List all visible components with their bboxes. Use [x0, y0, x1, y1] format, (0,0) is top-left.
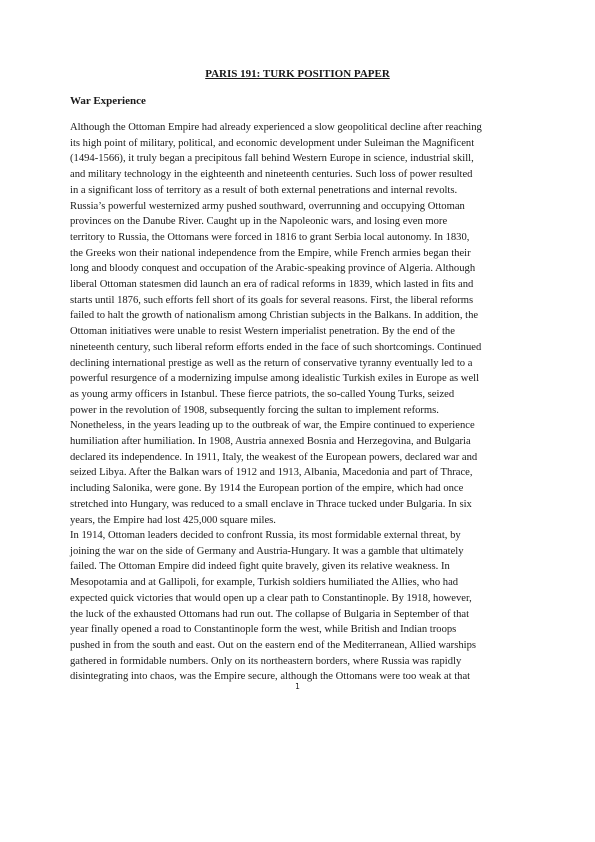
section-heading: War Experience	[70, 94, 146, 108]
paragraph-line: Russia’s powerful westernized army pushe…	[70, 199, 540, 215]
paragraph-line: gathered in formidable numbers. Only on …	[70, 654, 540, 670]
paragraph-line: nineteenth century, such liberal reform …	[70, 340, 540, 356]
paragraph-line: failed to halt the growth of nationalism…	[70, 308, 540, 324]
paragraph-line: as young army officers in Istanbul. Thes…	[70, 387, 540, 403]
paragraph-line: failed. The Ottoman Empire did indeed fi…	[70, 559, 540, 575]
paragraph-line: long and bloody conquest and occupation …	[70, 261, 540, 277]
paragraph-line: including Salonika, were gone. By 1914 t…	[70, 481, 540, 497]
paragraph-line: powerful resurgence of a modernizing imp…	[70, 371, 540, 387]
paragraph-line: starts until 1876, such efforts fell sho…	[70, 293, 540, 309]
paragraph-line: year finally opened a road to Constantin…	[70, 622, 540, 638]
paragraph-line: liberal Ottoman statesmen did launch an …	[70, 277, 540, 293]
paragraph-line: and military technology in the eighteent…	[70, 167, 540, 183]
paragraph-line: In 1914, Ottoman leaders decided to conf…	[70, 528, 540, 544]
paragraph-1: Although the Ottoman Empire had already …	[70, 120, 540, 528]
paragraph-line: Mesopotamia and at Gallipoli, for exampl…	[70, 575, 540, 591]
page-number: 1	[0, 682, 595, 692]
paragraph-line: Nonetheless, in the years leading up to …	[70, 418, 540, 434]
paragraph-line: joining the war on the side of Germany a…	[70, 544, 540, 560]
paragraph-line: expected quick victories that would open…	[70, 591, 540, 607]
paragraph-line: declining international prestige as well…	[70, 356, 540, 372]
paragraph-line: stretched into Hungary, was reduced to a…	[70, 497, 540, 513]
paragraph-line: Although the Ottoman Empire had already …	[70, 120, 540, 136]
paragraph-2: In 1914, Ottoman leaders decided to conf…	[70, 528, 540, 685]
paragraph-line: seized Libya. After the Balkan wars of 1…	[70, 465, 540, 481]
paragraph-line: territory to Russia, the Ottomans were f…	[70, 230, 540, 246]
paragraph-line: pushed in from the south and east. Out o…	[70, 638, 540, 654]
paragraph-line: Ottoman initiatives were unable to resis…	[70, 324, 540, 340]
document-title: PARIS 191: TURK POSITION PAPER	[0, 67, 595, 81]
paragraph-line: years, the Empire had lost 425,000 squar…	[70, 513, 540, 529]
paragraph-line: humiliation after humiliation. In 1908, …	[70, 434, 540, 450]
paragraph-line: provinces on the Danube River. Caught up…	[70, 214, 540, 230]
paragraph-line: the Greeks won their national independen…	[70, 246, 540, 262]
paragraph-line: the luck of the exhausted Ottomans had r…	[70, 607, 540, 623]
paragraph-line: in a significant loss of territory as a …	[70, 183, 540, 199]
paragraph-line: its high point of military, political, a…	[70, 136, 540, 152]
document-page: PARIS 191: TURK POSITION PAPER War Exper…	[0, 0, 595, 842]
paragraph-line: power in the revolution of 1908, subsequ…	[70, 403, 540, 419]
paragraph-line: declared its independence. In 1911, Ital…	[70, 450, 540, 466]
paragraph-line: (1494-1566), it truly began a precipitou…	[70, 151, 540, 167]
